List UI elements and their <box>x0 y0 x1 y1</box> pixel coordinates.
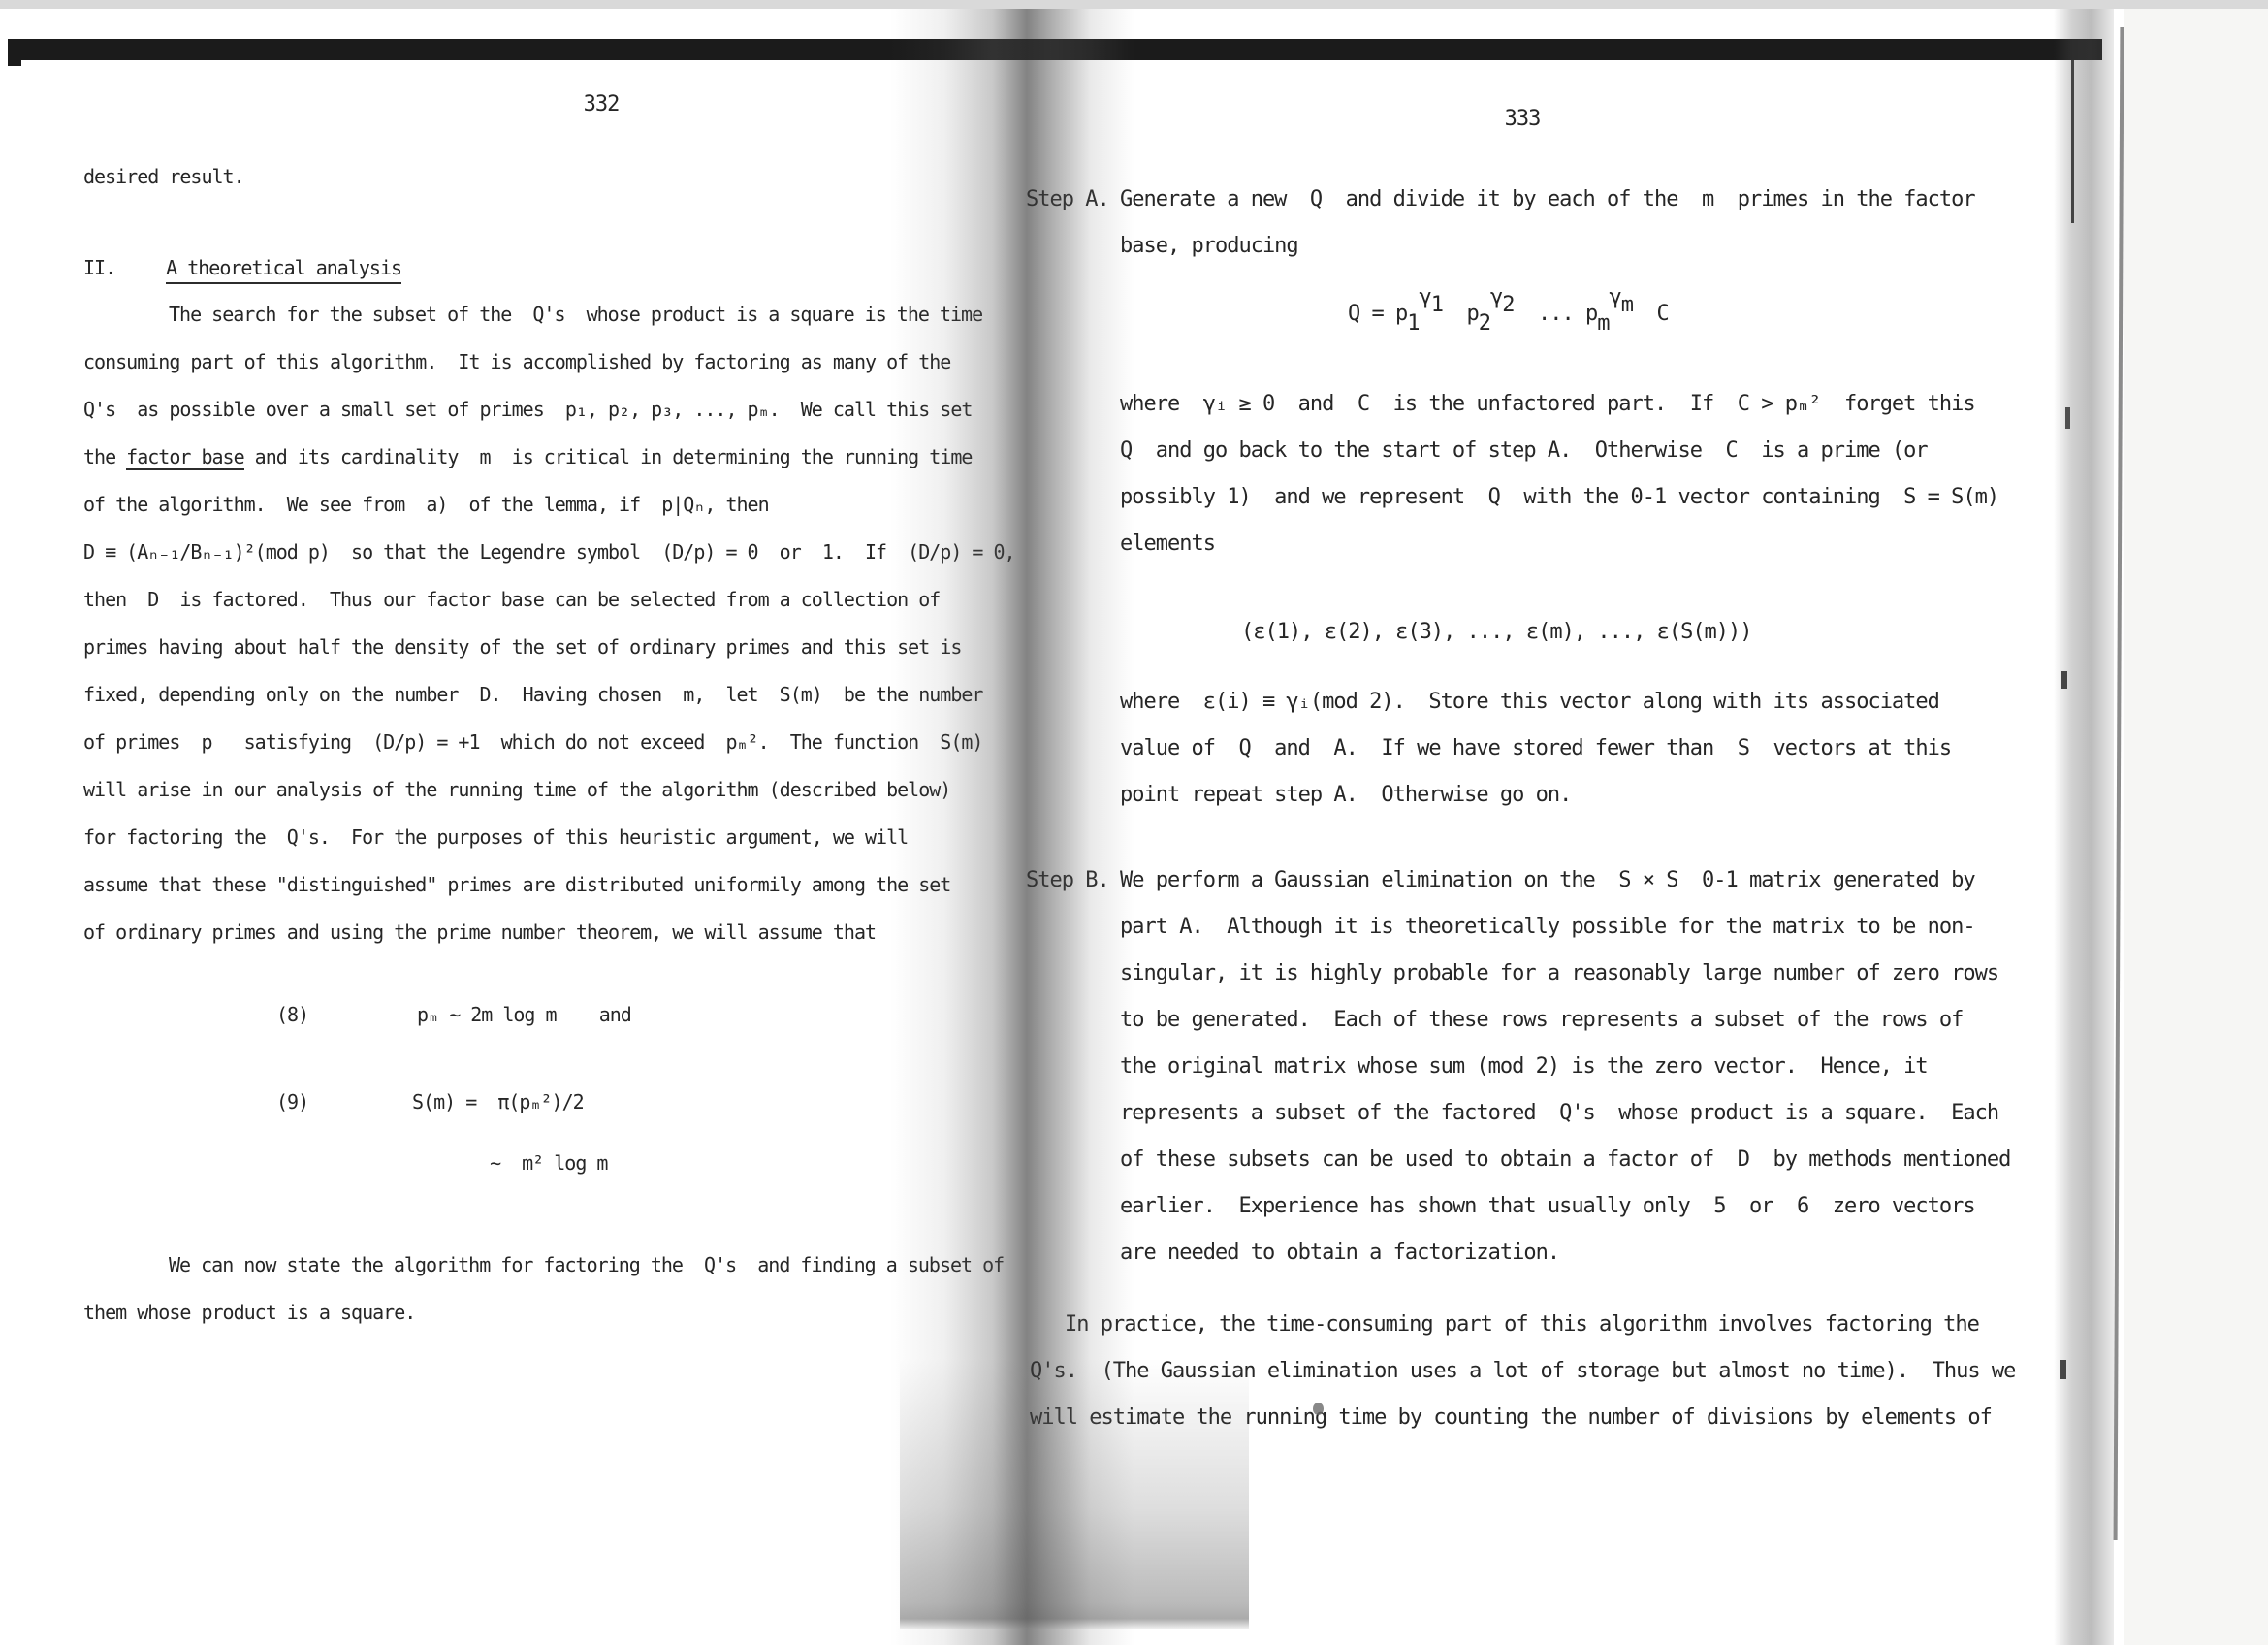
paragraph-line: of the algorithm. We see from a) of the … <box>83 481 1034 529</box>
paragraph-line: will arise in our analysis of the runnin… <box>83 766 1034 814</box>
eq-subscript: 1 <box>1407 311 1419 336</box>
eq-superscript-index: 2 <box>1502 293 1514 317</box>
right-page-number: 333 <box>1464 107 1581 131</box>
paragraph-line: of these subsets can be used to obtain a… <box>1120 1137 2041 1183</box>
paragraph-line: The search for the subset of the Q's who… <box>83 291 1034 339</box>
section-heading: II.A theoretical analysis <box>83 244 401 292</box>
left-page-number: 332 <box>543 92 659 116</box>
paragraph-line: singular, it is highly probable for a re… <box>1120 951 2041 997</box>
page-edge-line <box>2114 27 2124 1540</box>
paragraph-line: then D is factored. Thus our factor base… <box>83 576 1034 624</box>
paragraph-line-factor-base: the factor base and its cardinality m is… <box>83 434 1034 481</box>
paragraph-line: possibly 1) and we represent Q with the … <box>1120 474 2031 521</box>
line-segment: the <box>83 445 126 468</box>
step-a-label: Step A. <box>1026 177 1109 223</box>
opening-line: desired result. <box>83 153 244 201</box>
eq-segment: ... p <box>1514 302 1597 326</box>
paragraph-line: them whose product is a square. <box>83 1289 1034 1337</box>
scan-artifact-line <box>2071 60 2074 223</box>
paragraph-line: the original matrix whose sum (mod 2) is… <box>1120 1044 2041 1090</box>
eq-superscript: γ <box>1419 285 1430 309</box>
paragraph-line: where γᵢ ≥ 0 and C is the unfactored par… <box>1120 381 2031 428</box>
factor-base-underlined: factor base <box>126 445 243 470</box>
paragraph-line: to be generated. Each of these rows repr… <box>1120 997 2041 1044</box>
closing-paragraph: In practice, the time-consuming part of … <box>1030 1302 2038 1441</box>
paragraph-line: Q and go back to the start of step A. Ot… <box>1120 428 2031 474</box>
step-b-paragraph: We perform a Gaussian elimination on the… <box>1120 857 2041 1276</box>
paragraph-line: for factoring the Q's. For the purposes … <box>83 814 1034 861</box>
eq-subscript: m <box>1597 311 1609 336</box>
page-edge-shadow <box>2054 9 2114 1645</box>
scanned-book-spread: 332 desired result. II.A theoretical ana… <box>0 0 2268 1645</box>
paragraph-line: Generate a new Q and divide it by each o… <box>1120 177 2031 223</box>
section-title: A theoretical analysis <box>166 256 401 284</box>
scan-outer-margin <box>2124 9 2268 1645</box>
eq-segment: C <box>1633 302 1669 326</box>
paragraph-line: We perform a Gaussian elimination on the… <box>1120 857 2041 904</box>
paragraph-line: primes having about half the density of … <box>83 624 1034 671</box>
paragraph-line: elements <box>1120 521 2031 567</box>
eq-segment: p <box>1443 302 1479 326</box>
paragraph-line: consuming part of this algorithm. It is … <box>83 339 1034 386</box>
paragraph-line: Q's. (The Gaussian elimination uses a lo… <box>1030 1348 2038 1395</box>
scan-top-bar-notch <box>8 39 21 66</box>
equation-8-label: (8) <box>276 991 308 1039</box>
eq-superscript: γ <box>1609 285 1620 309</box>
step-a-end: where ε(i) ≡ γᵢ(mod 2). Store this vecto… <box>1120 679 2031 819</box>
eq-superscript-index: 1 <box>1431 293 1443 317</box>
equation-epsilon-vector: (ε(1), ε(2), ε(3), ..., ε(m), ..., ε(S(m… <box>1241 609 1752 656</box>
equation-8-body: pₘ ∼ 2m log m and <box>417 991 631 1039</box>
paragraph-line: point repeat step A. Otherwise go on. <box>1120 772 2031 819</box>
paragraph-line: Q's as possible over a small set of prim… <box>83 386 1034 434</box>
step-a-intro: Generate a new Q and divide it by each o… <box>1120 177 2031 270</box>
paragraph-theoretical-analysis: The search for the subset of the Q's who… <box>83 291 1034 956</box>
paragraph-line: base, producing <box>1120 223 2031 270</box>
equation-9-body: S(m) = π(pₘ²)/2 <box>412 1079 584 1126</box>
eq-superscript-index: m <box>1621 293 1633 317</box>
paragraph-line: earlier. Experience has shown that usual… <box>1120 1183 2041 1230</box>
paragraph-line: are needed to obtain a factorization. <box>1120 1230 2041 1276</box>
eq-segment: Q = p <box>1348 302 1407 326</box>
paragraph-line: D ≡ (Aₙ₋₁/Bₙ₋₁)²(mod p) so that the Lege… <box>83 529 1034 576</box>
scan-artifact-tick <box>2065 407 2070 429</box>
equation-9-label: (9) <box>276 1079 308 1126</box>
scan-top-black-bar <box>8 39 2102 60</box>
paragraph-line: will estimate the running time by counti… <box>1030 1395 2038 1441</box>
paragraph-line: where ε(i) ≡ γᵢ(mod 2). Store this vecto… <box>1120 679 2031 726</box>
eq-subscript: 2 <box>1479 311 1490 336</box>
paragraph-line: part A. Although it is theoretically pos… <box>1120 904 2041 951</box>
paragraph-algorithm-statement: We can now state the algorithm for facto… <box>83 1242 1034 1337</box>
scanner-top-strip <box>0 0 2268 9</box>
section-numeral: II. <box>83 256 115 279</box>
scan-artifact-tick <box>2060 1360 2066 1379</box>
scan-artifact-tick <box>2061 671 2067 689</box>
paragraph-line: fixed, depending only on the number D. H… <box>83 671 1034 719</box>
paragraph-line: In practice, the time-consuming part of … <box>1030 1302 2038 1348</box>
line-segment: and its cardinality m is critical in det… <box>244 445 973 468</box>
paragraph-line: value of Q and A. If we have stored fewe… <box>1120 726 2031 772</box>
step-b-label: Step B. <box>1026 857 1109 904</box>
paragraph-line: represents a subset of the factored Q's … <box>1120 1090 2041 1137</box>
paragraph-line: of ordinary primes and using the prime n… <box>83 909 1034 956</box>
eq-superscript: γ <box>1490 285 1502 309</box>
paragraph-line: assume that these "distinguished" primes… <box>83 861 1034 909</box>
paragraph-line: of primes p satisfying (D/p) = +1 which … <box>83 719 1034 766</box>
paragraph-line: We can now state the algorithm for facto… <box>83 1242 1034 1289</box>
equation-q-factorization: Q = p1γ1 p2γ2 ... pmγm C <box>1348 291 1669 338</box>
step-a-middle: where γᵢ ≥ 0 and C is the unfactored par… <box>1120 381 2031 567</box>
equation-9-continuation: ∼ m² log m <box>490 1140 607 1187</box>
